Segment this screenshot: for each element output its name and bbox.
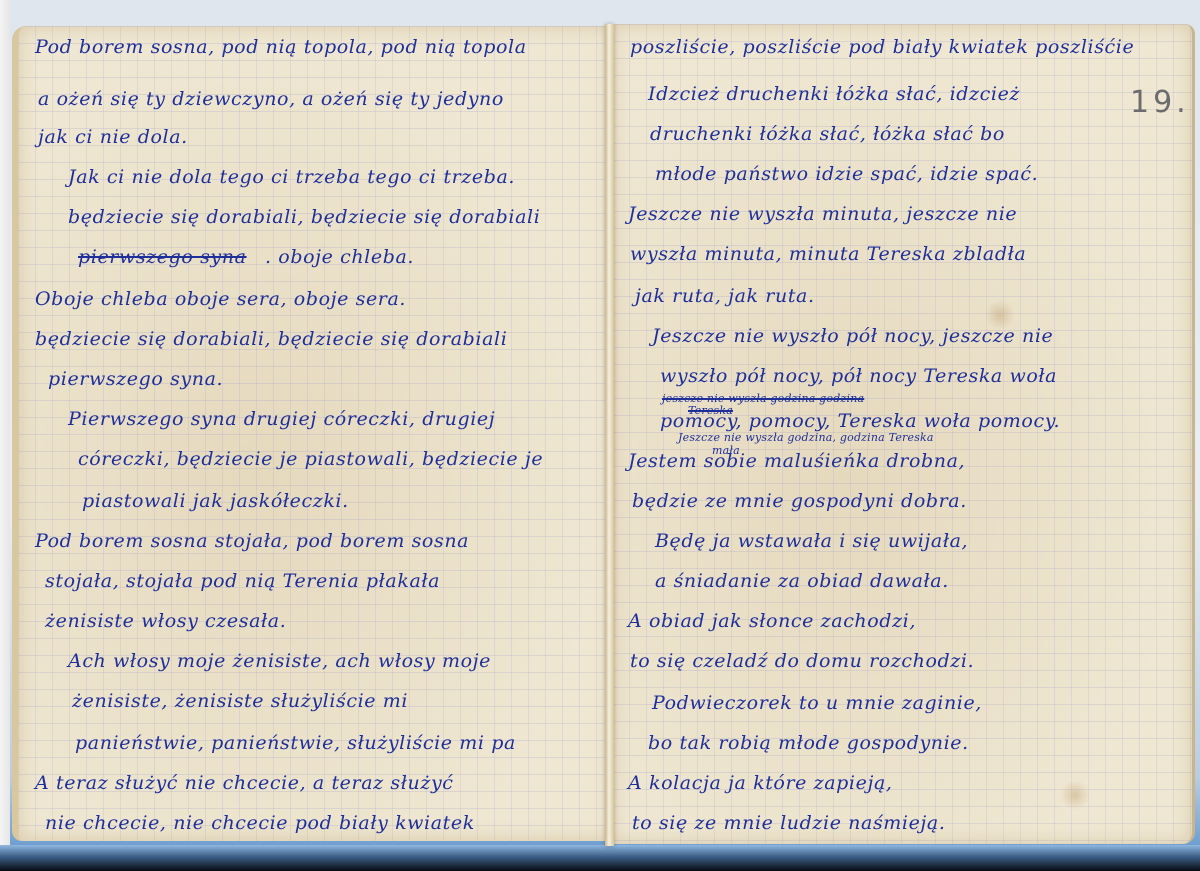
right-line-20: to się ze mnie ludzie naśmieją. [632,814,946,833]
right-line-9: wyszło pół nocy, pół nocy Tereska woła [660,367,1057,386]
right-line-struck-insert: jeszcze nie wyszła godzina godzina [662,393,864,404]
right-line-12: będzie ze mnie gospodyni dobra. [632,492,967,511]
left-line-18: panieństwie, panieństwie, służyliście mi… [75,734,516,753]
left-line-6b: . oboje chleba. [265,248,414,267]
viewer-bottom-bar [0,845,1200,871]
left-line-11: córeczki, będziecie je piastowali, będzi… [78,450,543,469]
right-line-insert: Jeszcze nie wyszła godzina, godzina Tere… [678,432,934,443]
right-line-10: pomocy, pomocy, Tereska woła pomocy. [660,412,1060,431]
left-line-3: jak ci nie dola. [38,128,188,147]
right-line-3: druchenki łóżka słać, łóżka słać bo [650,125,1005,144]
left-line-9: pierwszego syna. [48,370,223,389]
right-line-5: Jeszcze nie wyszła minuta, jeszcze nie [628,205,1017,224]
right-line-1: poszliście, poszliście pod biały kwiatek… [630,38,1134,57]
left-line-14: stojała, stojała pod nią Terenia płakała [45,572,440,591]
left-line-2: a ożeń się ty dziewczyno, a ożeń się ty … [38,90,504,109]
left-line-5: będziecie się dorabiali, będziecie się d… [68,208,540,227]
right-line-8: Jeszcze nie wyszło pół nocy, jeszcze nie [652,327,1053,346]
left-line-1: Pod borem sosna, pod nią topola, pod nią… [35,38,527,57]
left-line-8: będziecie się dorabiali, będziecie się d… [35,330,507,349]
notebook-spine [605,24,614,846]
right-line-19: A kolacja ja które zapieją, [628,774,893,793]
left-line-15: żenisiste włosy czesała. [45,612,286,631]
left-line-13: Pod borem sosna stojała, pod borem sosna [35,532,469,551]
left-line-7: Oboje chleba oboje sera, oboje sera. [35,290,406,309]
left-line-12: piastowali jak jaskółeczki. [82,492,349,511]
paper-stain [1060,780,1090,810]
right-line-11: Jestem sobie maluśieńka drobna, [628,452,965,471]
right-line-6: wyszła minuta, minuta Tereska zbladła [630,245,1026,264]
left-line-16: Ach włosy moje żenisiste, ach włosy moje [68,652,491,671]
right-line-7: jak ruta, jak ruta. [635,287,815,306]
scan-edge [0,0,10,845]
right-line-17: Podwieczorek to u mnie zaginie, [652,694,982,713]
left-line-19: A teraz służyć nie chcecie, a teraz służ… [35,774,454,793]
left-line-20: nie chcecie, nie chcecie pod biały kwiat… [45,814,475,833]
right-line-16: to się czeladź do domu rozchodzi. [630,652,974,671]
right-line-14: a śniadanie za obiad dawała. [655,572,949,591]
left-page [12,26,613,841]
right-line-18: bo tak robią młode gospodynie. [648,734,969,753]
right-line-15: A obiad jak słonce zachodzi, [628,612,916,631]
right-line-2: Idzcież druchenki łóżka słać, idzcież [648,85,1020,104]
right-line-4: młode państwo idzie spać, idzie spać. [655,165,1038,184]
left-line-10: Pierwszego syna drugiej córeczki, drugie… [68,410,495,429]
left-line-4: Jak ci nie dola tego ci trzeba tego ci t… [68,168,515,187]
left-line-17: żenisiste, żenisiste służyliście mi [72,692,408,711]
page-number: 19. [1130,85,1190,120]
right-line-13: Będę ja wstawała i się uwijała, [655,532,968,551]
left-line-6-struck: pierwszego syna [78,248,247,267]
